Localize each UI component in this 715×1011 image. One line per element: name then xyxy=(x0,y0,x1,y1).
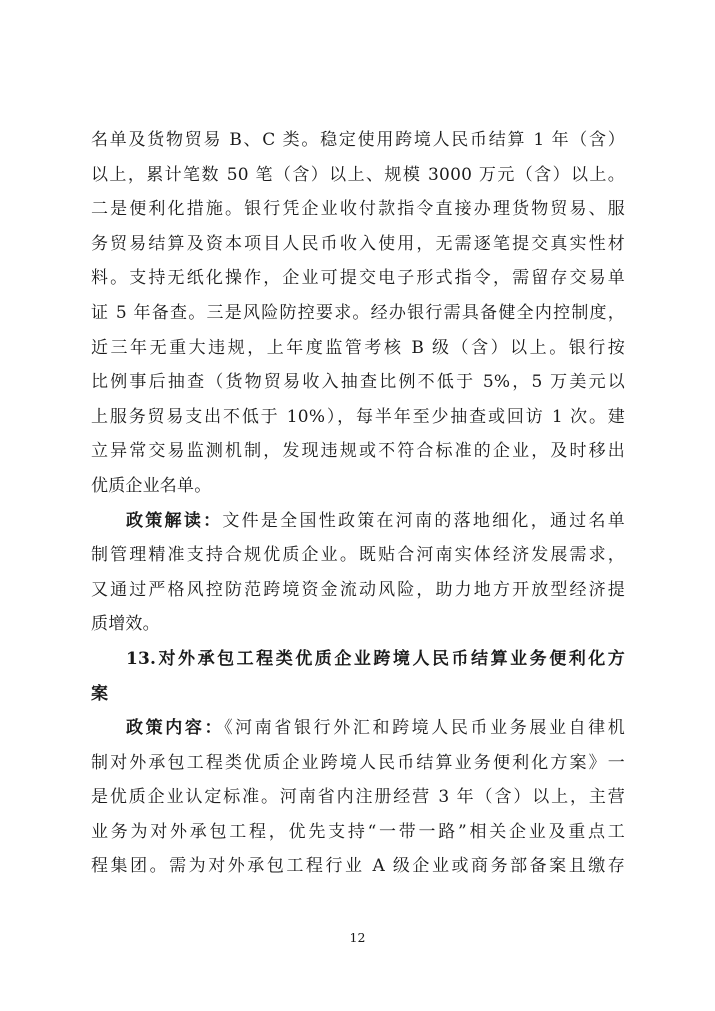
text-line: 政策解读：文件是全国性政策在河南的落地细化，通过名单 xyxy=(91,504,625,539)
text-line: 比例事后抽查（货物贸易收入抽查比例不低于 5%，5 万美元以 xyxy=(91,365,625,400)
line-text: 上服务贸易支出不低于 10%），每半年至少抽查或回访 1 次。建 xyxy=(91,407,625,427)
page-number: 12 xyxy=(0,930,715,945)
line-text: 料。支持无纸化操作，企业可提交电子形式指令，需留存交易单 xyxy=(91,268,625,288)
text-line: 名单及货物贸易 B、C 类。稳定使用跨境人民币结算 1 年（含） xyxy=(91,123,625,158)
line-text: 制对外承包工程类优质企业跨境人民币结算业务便利化方案》一 xyxy=(91,753,625,773)
line-text: 近三年无重大违规，上年度监管考核 B 级（含）以上。银行按 xyxy=(91,338,625,358)
text-line: 近三年无重大违规，上年度监管考核 B 级（含）以上。银行按 xyxy=(91,331,625,366)
text-line: 政策内容：《河南省银行外汇和跨境人民币业务展业自律机 xyxy=(91,711,625,746)
line-text: 优质企业名单。 xyxy=(91,476,211,496)
line-text: 13.对外承包工程类优质企业跨境人民币结算业务便利化方 xyxy=(126,649,625,669)
line-text: 质增效。 xyxy=(91,614,160,634)
line-text: 比例事后抽查（货物贸易收入抽查比例不低于 5%，5 万美元以 xyxy=(91,372,625,392)
line-text: 又通过严格风控防范跨境资金流动风险，助力地方开放型经济提 xyxy=(91,580,625,600)
line-text: 务贸易结算及资本项目人民币收入使用，无需逐笔提交真实性材 xyxy=(91,234,625,254)
text-line: 制管理精准支持合规优质企业。既贴合河南实体经济发展需求， xyxy=(91,538,625,573)
line-text: 是优质企业认定标准。河南省内注册经营 3 年（含）以上，主营 xyxy=(91,787,625,807)
line-text: 立异常交易监测机制，发现违规或不符合标准的企业，及时移出 xyxy=(91,441,625,461)
text-line: 立异常交易监测机制，发现违规或不符合标准的企业，及时移出 xyxy=(91,434,625,469)
heading-line: 13.对外承包工程类优质企业跨境人民币结算业务便利化方 xyxy=(91,642,625,677)
text-line: 以上，累计笔数 50 笔（含）以上、规模 3000 万元（含）以上。 xyxy=(91,158,625,193)
paragraph-lead-label: 政策解读： xyxy=(126,511,222,531)
text-line: 优质企业名单。 xyxy=(91,469,625,504)
text-line: 又通过严格风控防范跨境资金流动风险，助力地方开放型经济提 xyxy=(91,573,625,608)
line-text: 文件是全国性政策在河南的落地细化，通过名单 xyxy=(222,511,625,531)
line-text: 业务为对外承包工程，优先支持“一带一路”相关企业及重点工 xyxy=(91,822,625,842)
line-text: 制管理精准支持合规优质企业。既贴合河南实体经济发展需求， xyxy=(91,545,625,565)
line-text: 《河南省银行外汇和跨境人民币业务展业自律机 xyxy=(224,718,625,738)
text-line: 料。支持无纸化操作，企业可提交电子形式指令，需留存交易单 xyxy=(91,261,625,296)
text-line: 是优质企业认定标准。河南省内注册经营 3 年（含）以上，主营 xyxy=(91,780,625,815)
text-line: 证 5 年备查。三是风险防控要求。经办银行需具备健全内控制度， xyxy=(91,296,625,331)
line-text: 案 xyxy=(91,684,108,704)
line-text: 名单及货物贸易 B、C 类。稳定使用跨境人民币结算 1 年（含） xyxy=(91,130,625,150)
document-page: 名单及货物贸易 B、C 类。稳定使用跨境人民币结算 1 年（含）以上，累计笔数 … xyxy=(0,0,715,1011)
line-text: 程集团。需为对外承包工程行业 A 级企业或商务部备案且缴存 xyxy=(91,856,625,876)
text-line: 务贸易结算及资本项目人民币收入使用，无需逐笔提交真实性材 xyxy=(91,227,625,262)
text-line: 业务为对外承包工程，优先支持“一带一路”相关企业及重点工 xyxy=(91,815,625,850)
line-text: 以上，累计笔数 50 笔（含）以上、规模 3000 万元（含）以上。 xyxy=(91,165,625,185)
document-body: 名单及货物贸易 B、C 类。稳定使用跨境人民币结算 1 年（含）以上，累计笔数 … xyxy=(91,123,625,884)
text-line: 程集团。需为对外承包工程行业 A 级企业或商务部备案且缴存 xyxy=(91,849,625,884)
line-text: 二是便利化措施。银行凭企业收付款指令直接办理货物贸易、服 xyxy=(91,199,625,219)
text-line: 上服务贸易支出不低于 10%），每半年至少抽查或回访 1 次。建 xyxy=(91,400,625,435)
paragraph-lead-label: 政策内容： xyxy=(126,718,224,738)
line-text: 证 5 年备查。三是风险防控要求。经办银行需具备健全内控制度， xyxy=(91,303,625,323)
text-line: 制对外承包工程类优质企业跨境人民币结算业务便利化方案》一 xyxy=(91,746,625,781)
text-line: 二是便利化措施。银行凭企业收付款指令直接办理货物贸易、服 xyxy=(91,192,625,227)
text-line: 质增效。 xyxy=(91,607,625,642)
heading-line: 案 xyxy=(91,677,625,712)
